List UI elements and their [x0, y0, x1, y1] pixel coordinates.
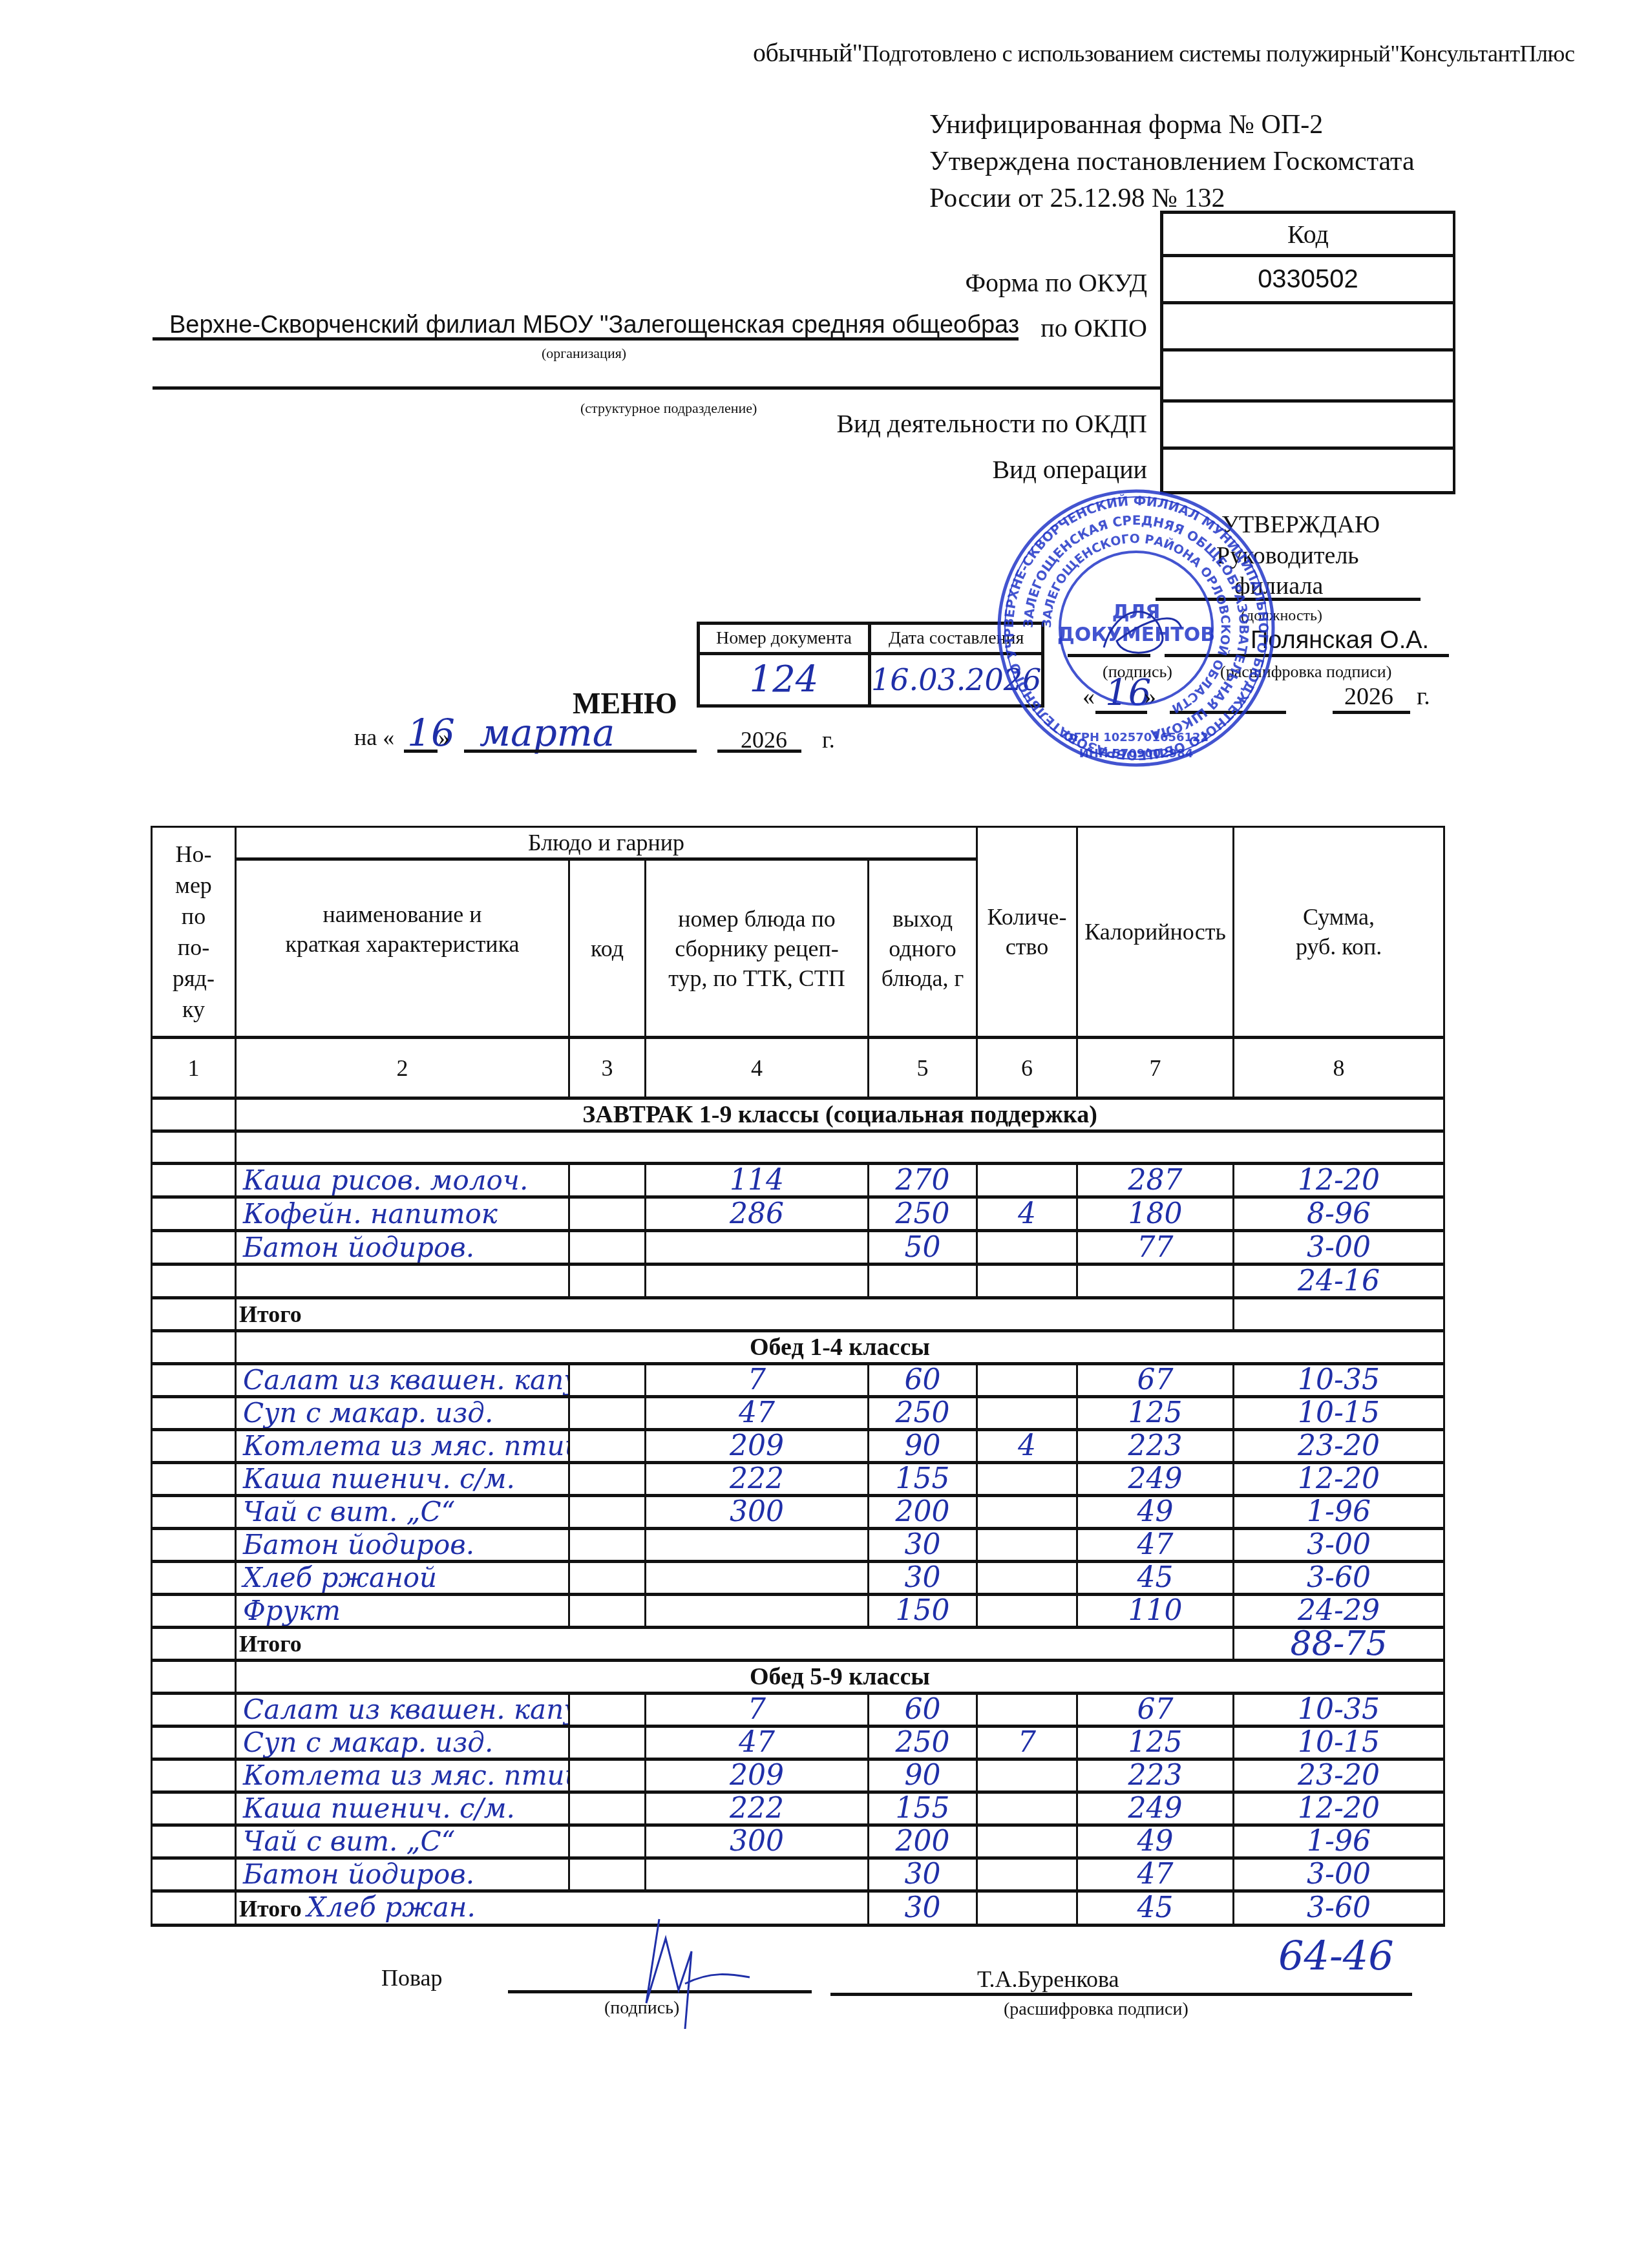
cell-code: [569, 1825, 646, 1858]
cell-qty: [977, 1595, 1077, 1628]
col-number: 3: [569, 1038, 646, 1098]
total-row: Итого: [152, 1298, 1444, 1331]
table-row: Суп с макар. изд.47250712510-15: [152, 1727, 1444, 1759]
cell-code: [569, 1463, 646, 1496]
cell-sum: 3-60: [1234, 1891, 1444, 1926]
table-row: Котлета из мяс. птиц.20990422323-20: [152, 1430, 1444, 1463]
spacer-row: [152, 1131, 1444, 1164]
header-name: наименование и краткая характеристика: [236, 859, 569, 1038]
consultant-header: обычный"Подготовлено с использованием си…: [753, 37, 1574, 68]
cell-qty: [977, 1891, 1077, 1926]
cell-sum: 3-00: [1234, 1529, 1444, 1562]
cell-sum: 3-00: [1234, 1858, 1444, 1891]
cell-qty: [977, 1496, 1077, 1529]
row-number-cell: [152, 1331, 236, 1364]
cell-sum: 12-20: [1234, 1792, 1444, 1825]
cook-signature-caption: (подпись): [604, 1998, 679, 2019]
cell-qty: [977, 1694, 1077, 1727]
cell-yield: 155: [869, 1792, 977, 1825]
row-number-cell: [152, 1562, 236, 1595]
row-number-cell: [152, 1759, 236, 1792]
okud-code: 0330502: [1163, 254, 1453, 301]
consultant-prefix: обычный": [753, 38, 862, 67]
cell-qty: [977, 1265, 1077, 1298]
cell-cal: [1077, 1265, 1234, 1298]
cell-qty: [977, 1825, 1077, 1858]
approve-year-underline: [1333, 711, 1410, 714]
cell-sum: 8-96: [1234, 1197, 1444, 1231]
cell-name: Каша пшенич. с/м.: [236, 1792, 569, 1825]
cell-sum: 12-20: [1234, 1164, 1444, 1197]
cell-name: Фрукт: [236, 1595, 569, 1628]
cell-qty: [977, 1759, 1077, 1792]
cell-qty: [977, 1164, 1077, 1197]
table-row: 24-16: [152, 1265, 1444, 1298]
row-number-cell: [152, 1131, 236, 1164]
cell-code: [569, 1231, 646, 1265]
section-row: Обед 5-9 классы: [152, 1661, 1444, 1694]
doc-number-header: Номер документа: [699, 624, 870, 654]
row-number-cell: [152, 1098, 236, 1131]
cell-yield: 270: [869, 1164, 977, 1197]
cell-recipe: 209: [646, 1430, 869, 1463]
cell-name: Суп с макар. изд.: [236, 1397, 569, 1430]
cell-yield: 200: [869, 1825, 977, 1858]
header-calories: Калорийность: [1077, 827, 1234, 1038]
section-total: [1234, 1298, 1444, 1331]
cell-yield: 250: [869, 1197, 977, 1231]
col-number: 8: [1234, 1038, 1444, 1098]
cell-recipe: [646, 1858, 869, 1891]
operation-code: [1163, 446, 1453, 491]
row-number-cell: [152, 1298, 236, 1331]
section-title: Обед 5-9 классы: [236, 1661, 1444, 1694]
cell-qty: 4: [977, 1430, 1077, 1463]
stamp-inn: ИНН 5709002984: [1079, 747, 1194, 761]
cell-cal: 125: [1077, 1727, 1234, 1759]
cell-code: [569, 1430, 646, 1463]
cell-yield: 90: [869, 1430, 977, 1463]
cell-sum: 10-15: [1234, 1727, 1444, 1759]
cook-role: Повар: [381, 1964, 443, 1991]
subdivision-caption: (структурное подразделение): [580, 400, 757, 417]
cell-name: Чай с вит. „С“: [236, 1496, 569, 1529]
cell-name: Батон йодиров.: [236, 1231, 569, 1265]
menu-for-mid: »: [438, 724, 450, 751]
cell-yield: 50: [869, 1231, 977, 1265]
cell-cal: 47: [1077, 1858, 1234, 1891]
cell-yield: 90: [869, 1759, 977, 1792]
cell-name: Каша рисов. молоч.: [236, 1164, 569, 1197]
cell-code: [569, 1562, 646, 1595]
cell-qty: 7: [977, 1727, 1077, 1759]
table-row: Фрукт15011024-29: [152, 1595, 1444, 1628]
section-title: ЗАВТРАК 1-9 классы (социальная поддержка…: [236, 1098, 1444, 1131]
cell-code: [569, 1792, 646, 1825]
col-number: 6: [977, 1038, 1077, 1098]
menu-month-underline: [464, 750, 697, 753]
form-line: Утверждена постановлением Госкомстата: [929, 143, 1415, 180]
cell-recipe: [646, 1529, 869, 1562]
operation-label: Вид операции: [992, 454, 1147, 485]
cell-sum: 24-16: [1234, 1265, 1444, 1298]
cell-cal: 125: [1077, 1397, 1234, 1430]
cell-yield: 250: [869, 1727, 977, 1759]
table-row: Салат из квашен. капуст.7606710-35: [152, 1364, 1444, 1397]
table-row: Каша пшенич. с/м.22215524912-20: [152, 1792, 1444, 1825]
row-number-cell: [152, 1265, 236, 1298]
menu-table: Но- мер по по- ряд- ку Блюдо и гарнир Ко…: [151, 826, 1445, 1927]
cell-sum: 24-29: [1234, 1595, 1444, 1628]
cell-name: Хлеб ржаной: [236, 1562, 569, 1595]
row-number-cell: [152, 1197, 236, 1231]
cell-sum: 1-96: [1234, 1496, 1444, 1529]
col-number: 1: [152, 1038, 236, 1098]
cell-qty: [977, 1231, 1077, 1265]
total-label: Итого: [236, 1298, 1234, 1331]
row-number-cell: [152, 1891, 236, 1926]
table-row: Салат из квашен. капуст.7606710-35: [152, 1694, 1444, 1727]
cell-code: [569, 1727, 646, 1759]
cell-recipe: 47: [646, 1727, 869, 1759]
cell-recipe: 47: [646, 1397, 869, 1430]
cell-name: Чай с вит. „С“: [236, 1825, 569, 1858]
table-row: Батон йодиров.30473-00: [152, 1858, 1444, 1891]
cell-sum: 10-15: [1234, 1397, 1444, 1430]
cell-sum: 23-20: [1234, 1759, 1444, 1792]
cell-name: Каша пшенич. с/м.: [236, 1463, 569, 1496]
cell-qty: [977, 1397, 1077, 1430]
header-quantity: Количе- ство: [977, 827, 1077, 1038]
cell-recipe: 7: [646, 1364, 869, 1397]
cell-yield: 155: [869, 1463, 977, 1496]
row-number-cell: [152, 1430, 236, 1463]
cell-cal: 249: [1077, 1463, 1234, 1496]
organization-caption: (организация): [542, 345, 626, 362]
stamp-ogrn: ОГРН 1025701656122: [1064, 731, 1209, 744]
cell-code: [569, 1197, 646, 1231]
table-row: Чай с вит. „С“300200491-96: [152, 1825, 1444, 1858]
cell-code: [569, 1759, 646, 1792]
okdp-code: [1163, 399, 1453, 446]
cell-name: Котлета из мяс. птиц.: [236, 1430, 569, 1463]
col-number: 2: [236, 1038, 569, 1098]
section-row: ЗАВТРАК 1-9 классы (социальная поддержка…: [152, 1098, 1444, 1131]
document-meta-table: Номер документа Дата составления 124 16.…: [697, 622, 1044, 708]
table-row: Каша пшенич. с/м.22215524912-20: [152, 1463, 1444, 1496]
doc-number: 124: [699, 654, 870, 706]
cell-qty: [977, 1529, 1077, 1562]
cell-cal: 49: [1077, 1825, 1234, 1858]
cell-name: Батон йодиров.: [236, 1529, 569, 1562]
header-dish-group: Блюдо и гарнир: [236, 827, 977, 859]
cell-sum: 23-20: [1234, 1430, 1444, 1463]
subdivision-code: [1163, 348, 1453, 399]
cell-recipe: [646, 1562, 869, 1595]
approve-year-suffix: г.: [1417, 682, 1430, 711]
table-row: Чай с вит. „С“300200491-96: [152, 1496, 1444, 1529]
cell-cal: 47: [1077, 1529, 1234, 1562]
cell-name: [236, 1265, 569, 1298]
table-row: Кофейн. напиток28625041808-96: [152, 1197, 1444, 1231]
stamp-center-2: ДОКУМЕНТОВ: [1057, 624, 1215, 646]
cell-cal: 180: [1077, 1197, 1234, 1231]
row-number-cell: [152, 1496, 236, 1529]
cell-cal: 45: [1077, 1562, 1234, 1595]
cell-code: [569, 1595, 646, 1628]
table-row: Хлеб ржаной30453-60: [152, 1562, 1444, 1595]
cell-recipe: 209: [646, 1759, 869, 1792]
menu-month: марта: [480, 711, 615, 755]
table-row: Котлета из мяс. птиц.2099022323-20: [152, 1759, 1444, 1792]
cell-recipe: 300: [646, 1496, 869, 1529]
cell-recipe: 7: [646, 1694, 869, 1727]
cell-sum: 3-60: [1234, 1562, 1444, 1595]
cell-yield: 30: [869, 1562, 977, 1595]
section-title: Обед 1-4 классы: [236, 1331, 1444, 1364]
cell-qty: 4: [977, 1197, 1077, 1231]
cell-yield: 60: [869, 1364, 977, 1397]
row-number-cell: [152, 1727, 236, 1759]
cell-name: Батон йодиров.: [236, 1858, 569, 1891]
cell-code: [569, 1529, 646, 1562]
cell-yield: 60: [869, 1694, 977, 1727]
form-approval-block: Унифицированная форма № ОП-2 Утверждена …: [929, 107, 1415, 217]
header-recipe: номер блюда по сборнику рецеп- тур, по Т…: [646, 859, 869, 1038]
cell-recipe: 222: [646, 1792, 869, 1825]
cell-name: Кофейн. напиток: [236, 1197, 569, 1231]
cell-yield: 150: [869, 1595, 977, 1628]
total-row: Итого88-75: [152, 1628, 1444, 1661]
cell-sum: 10-35: [1234, 1694, 1444, 1727]
header-sum: Сумма, руб. коп.: [1234, 827, 1444, 1038]
grand-total-5-9: 64-46: [1278, 1932, 1394, 1979]
cell-cal: 223: [1077, 1759, 1234, 1792]
cook-name-underline: [830, 1993, 1412, 1996]
cell-sum: 1-96: [1234, 1825, 1444, 1858]
cell-cal: 110: [1077, 1595, 1234, 1628]
cell-qty: [977, 1562, 1077, 1595]
cook-name-caption: (расшифровка подписи): [1004, 1999, 1188, 2020]
okpo-code: [1163, 301, 1453, 348]
cook-signature: [620, 1913, 769, 2042]
cell-name: Котлета из мяс. птиц.: [236, 1759, 569, 1792]
section-row: Обед 1-4 классы: [152, 1331, 1444, 1364]
header-code: код: [569, 859, 646, 1038]
menu-day-underline: [404, 750, 438, 753]
cell-yield: 200: [869, 1496, 977, 1529]
cell-yield: 30: [869, 1891, 977, 1926]
empty-cell: [236, 1131, 1444, 1164]
table-row: Батон йодиров.30473-00: [152, 1529, 1444, 1562]
menu-year-underline: [717, 750, 801, 753]
col-number: 4: [646, 1038, 869, 1098]
cell-recipe: 114: [646, 1164, 869, 1197]
cell-yield: 30: [869, 1529, 977, 1562]
cell-recipe: [646, 1231, 869, 1265]
total-label: Итого: [236, 1628, 1234, 1661]
row-number-cell: [152, 1231, 236, 1265]
cell-code: [569, 1496, 646, 1529]
row-number-cell: [152, 1364, 236, 1397]
row-number-cell: [152, 1858, 236, 1891]
cell-code: [569, 1694, 646, 1727]
approve-year: 2026: [1344, 682, 1393, 711]
cell-cal: 77: [1077, 1231, 1234, 1265]
row-number-cell: [152, 1463, 236, 1496]
cell-code: [569, 1397, 646, 1430]
total-row-dish: Хлеб ржан.: [307, 1891, 476, 1923]
cell-name: Салат из квашен. капуст.: [236, 1364, 569, 1397]
okpo-label: по ОКПО: [1041, 313, 1147, 343]
cell-sum: 12-20: [1234, 1463, 1444, 1496]
header-yield: выход одного блюда, г: [869, 859, 977, 1038]
cell-recipe: 222: [646, 1463, 869, 1496]
okud-label: Форма по ОКУД: [965, 268, 1147, 298]
row-number-cell: [152, 1792, 236, 1825]
cook-name: Т.А.Буренкова: [977, 1966, 1119, 1993]
table-row: Батон йодиров.50773-00: [152, 1231, 1444, 1265]
total-row: ИтогоХлеб ржан.30453-60: [152, 1891, 1444, 1926]
cell-yield: [869, 1265, 977, 1298]
row-number-cell: [152, 1595, 236, 1628]
organization-name: Верхне-Скворченский филиал МБОУ "Залегощ…: [169, 311, 1019, 339]
organization-underline: [153, 337, 1019, 341]
total-label: Итого: [239, 1896, 302, 1922]
row-number-cell: [152, 1694, 236, 1727]
cell-recipe: 300: [646, 1825, 869, 1858]
col-number: 7: [1077, 1038, 1234, 1098]
code-box: Код 0330502: [1160, 211, 1455, 494]
cell-cal: 49: [1077, 1496, 1234, 1529]
cell-recipe: [646, 1265, 869, 1298]
cell-name: Салат из квашен. капуст.: [236, 1694, 569, 1727]
subdivision-underline: [153, 386, 1161, 390]
row-number-cell: [152, 1529, 236, 1562]
table-row: Суп с макар. изд.4725012510-15: [152, 1397, 1444, 1430]
code-header: Код: [1163, 214, 1453, 254]
row-number-cell: [152, 1628, 236, 1661]
cell-cal: 67: [1077, 1694, 1234, 1727]
cell-qty: [977, 1364, 1077, 1397]
cell-cal: 45: [1077, 1891, 1234, 1926]
header-row-number: Но- мер по по- ряд- ку: [152, 827, 236, 1038]
okdp-label: Вид деятельности по ОКДП: [836, 408, 1147, 439]
total-label-cell: ИтогоХлеб ржан.: [236, 1891, 869, 1926]
cell-code: [569, 1265, 646, 1298]
cell-cal: 223: [1077, 1430, 1234, 1463]
row-number-cell: [152, 1397, 236, 1430]
cell-qty: [977, 1792, 1077, 1825]
cell-code: [569, 1858, 646, 1891]
cell-sum: 3-00: [1234, 1231, 1444, 1265]
cell-recipe: [646, 1595, 869, 1628]
menu-year-suffix: г.: [822, 726, 835, 753]
cell-yield: 250: [869, 1397, 977, 1430]
row-number-cell: [152, 1661, 236, 1694]
cell-sum: 10-35: [1234, 1364, 1444, 1397]
cell-yield: 30: [869, 1858, 977, 1891]
row-number-cell: [152, 1164, 236, 1197]
table-row: Каша рисов. молоч.11427028712-20: [152, 1164, 1444, 1197]
form-line: Унифицированная форма № ОП-2: [929, 107, 1415, 143]
cell-cal: 67: [1077, 1364, 1234, 1397]
cell-qty: [977, 1463, 1077, 1496]
cell-qty: [977, 1858, 1077, 1891]
row-number-cell: [152, 1825, 236, 1858]
col-number: 5: [869, 1038, 977, 1098]
consultant-text: Подготовлено с использованием системы по…: [862, 41, 1574, 67]
cell-cal: 287: [1077, 1164, 1234, 1197]
cell-code: [569, 1164, 646, 1197]
cell-cal: 249: [1077, 1792, 1234, 1825]
cell-recipe: 286: [646, 1197, 869, 1231]
cell-name: Суп с макар. изд.: [236, 1727, 569, 1759]
column-numbers-row: 1 2 3 4 5 6 7 8: [152, 1038, 1444, 1098]
menu-for-prefix: на «: [354, 724, 394, 751]
cell-code: [569, 1364, 646, 1397]
stamp-seal: ВЕРХНЕ-СКВОРЧЕНСКИЙ ФИЛИАЛ МУНИЦИПАЛЬНОГ…: [994, 486, 1278, 770]
section-total: 88-75: [1234, 1628, 1444, 1661]
